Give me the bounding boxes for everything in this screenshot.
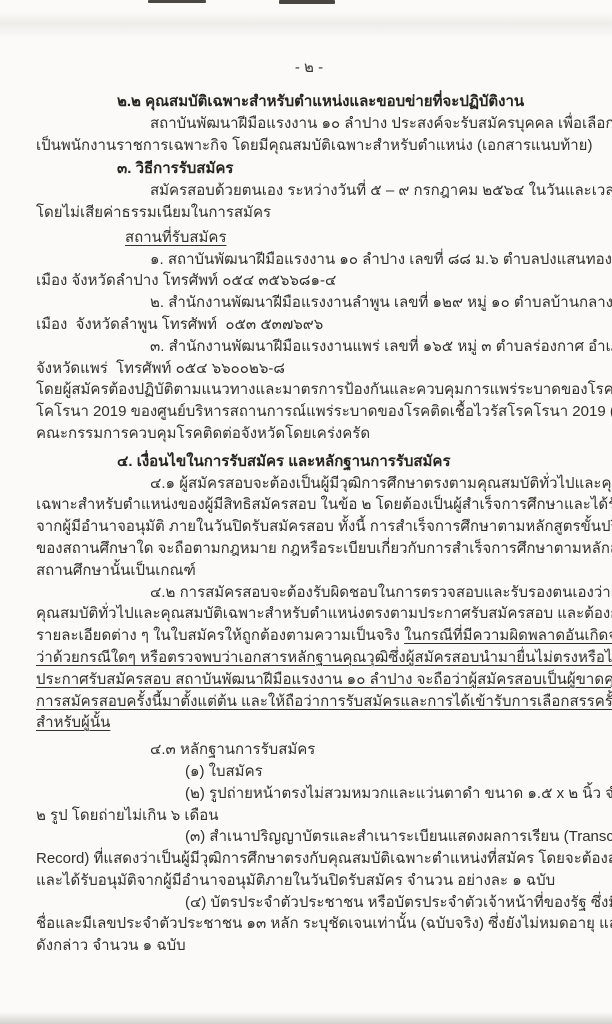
scan-artifact (148, 0, 206, 3)
text-line: โคโรนา 2019 ของศูนย์บริหารสถานการณ์แพร่ร… (36, 401, 582, 423)
text-line: สถานศึกษานั้นเป็นเกณฑ์ (36, 560, 582, 582)
text-line: ว่าด้วยกรณีใดๆ หรือตรวจพบว่าเอกสารหลักฐา… (36, 647, 582, 669)
text-line: Record) ที่แสดงว่าเป็นผู้มีวุฒิการศึกษาต… (36, 848, 582, 870)
text-line: ๓. วิธีการรับสมัคร (117, 158, 582, 180)
text-line: ๒ รูป โดยถ่ายไม่เกิน ๖ เดือน (36, 805, 582, 827)
text-line: สำหรับผู้นั้น (36, 712, 582, 734)
text-line: (๒) รูปถ่ายหน้าตรงไม่สวมหมวกและแว่นตาดำ … (185, 783, 582, 805)
text-line: เมือง จังหวัดลำพูน โทรศัพท์ ๐๕๓ ๕๓๗๖๙๖ (36, 314, 582, 336)
text-line: จังหวัดแพร่ โทรศัพท์ ๐๕๔ ๖๖๐๐๒๖-๘ (36, 358, 582, 380)
text-segment: ในกรณีที่มีความผิดพลาดอันเกิดจากผู้สมัคร… (404, 627, 612, 644)
text-line: สถาบันพัฒนาฝีมือแรงงาน ๑๐ ลำปาง ประสงค์จ… (150, 113, 582, 135)
text-line: ดังกล่าว จำนวน ๑ ฉบับ (36, 935, 582, 957)
text-line: เฉพาะสำหรับตำแหน่งของผู้มีสิทธิสมัครสอบ … (36, 494, 582, 516)
text-line: โดยไม่เสียค่าธรรมเนียมในการสมัคร (36, 202, 582, 224)
text-line: ๓. สำนักงานพัฒนาฝีมือแรงงานแพร่ เลขที่ ๑… (150, 336, 582, 358)
text-line: ชื่อและมีเลขประจำตัวประชาชน ๑๓ หลัก ระบุ… (36, 913, 582, 935)
scan-shadow-bottom (0, 1012, 612, 1024)
text-line: ของสถานศึกษาใด จะถือตามกฎหมาย กฎหรือระเบ… (36, 538, 582, 560)
document-body: - ๒ - ๒.๒ คุณสมบัติเฉพาะสำหรับตำแหน่งและ… (36, 58, 582, 957)
text-line: คุณสมบัติทั่วไปและคุณสมบัติเฉพาะสำหรับตำ… (36, 603, 582, 625)
text-line: โดยผู้สมัครต้องปฏิบัติตามแนวทางและมาตรกา… (36, 379, 582, 401)
text-line: (๑) ใบสมัคร (185, 761, 582, 783)
text-line: สมัครสอบด้วยตนเอง ระหว่างวันที่ ๕ – ๙ กร… (150, 180, 582, 202)
text-lines-container: ๒.๒ คุณสมบัติเฉพาะสำหรับตำแหน่งและขอบข่า… (36, 91, 582, 957)
text-line: คณะกรรมการควบคุมโรคติดต่อจังหวัดโดยเคร่ง… (36, 423, 582, 445)
text-line: ๔.๒ การสมัครสอบจะต้องรับผิดชอบในการตรวจส… (150, 582, 582, 604)
text-line: ๔.๓ หลักฐานการรับสมัคร (150, 739, 582, 761)
text-line: รายละเอียดต่าง ๆ ในใบสมัครให้ถูกต้องตามค… (36, 625, 582, 647)
text-line: ๒.๒ คุณสมบัติเฉพาะสำหรับตำแหน่งและขอบข่า… (117, 91, 582, 113)
text-line: ประกาศรับสมัครสอบ สถาบันพัฒนาฝีมือแรงงาน… (36, 669, 582, 691)
text-line: การสมัครสอบครั้งนี้มาตั้งแต่ต้น และให้ถื… (36, 691, 582, 713)
scan-shadow-top (0, 12, 612, 38)
text-line: ๒. สำนักงานพัฒนาฝีมือแรงงานลำพูน เลขที่ … (150, 292, 582, 314)
text-line: ๑. สถาบันพัฒนาฝีมือแรงงาน ๑๐ ลำปาง เลขที… (150, 249, 582, 271)
scan-artifact (279, 0, 335, 4)
text-line: ๔.๑ ผู้สมัครสอบจะต้องเป็นผู้มีวุฒิการศึก… (150, 473, 582, 495)
text-line: (๓) สำเนาปริญญาบัตรและสำเนาระเบียนแสดงผล… (185, 826, 582, 848)
text-line: จากผู้มีอำนาจอนุมัติ ภายในวันปิดรับสมัคร… (36, 516, 582, 538)
text-segment: รายละเอียดต่าง ๆ ในใบสมัครให้ถูกต้องตามค… (36, 627, 404, 644)
text-line: สถานที่รับสมัคร (125, 227, 582, 249)
text-line: (๔) บัตรประจำตัวประชาชน หรือบัตรประจำตัว… (185, 892, 582, 914)
text-line: เมือง จังหวัดลำปาง โทรศัพท์ ๐๕๔ ๓๕๖๖๘๑-๔ (36, 270, 582, 292)
text-line: และได้รับอนุมัติจากผู้มีอำนาจอนุมัติภายใ… (36, 870, 582, 892)
scanned-document-page: - ๒ - ๒.๒ คุณสมบัติเฉพาะสำหรับตำแหน่งและ… (0, 0, 612, 1024)
text-line: ๔. เงื่อนไขในการรับสมัคร และหลักฐานการรั… (117, 451, 582, 473)
page-number: - ๒ - (36, 58, 582, 78)
text-line: เป็นพนักงานราชการเฉพาะกิจ โดยมีคุณสมบัติ… (36, 135, 582, 157)
